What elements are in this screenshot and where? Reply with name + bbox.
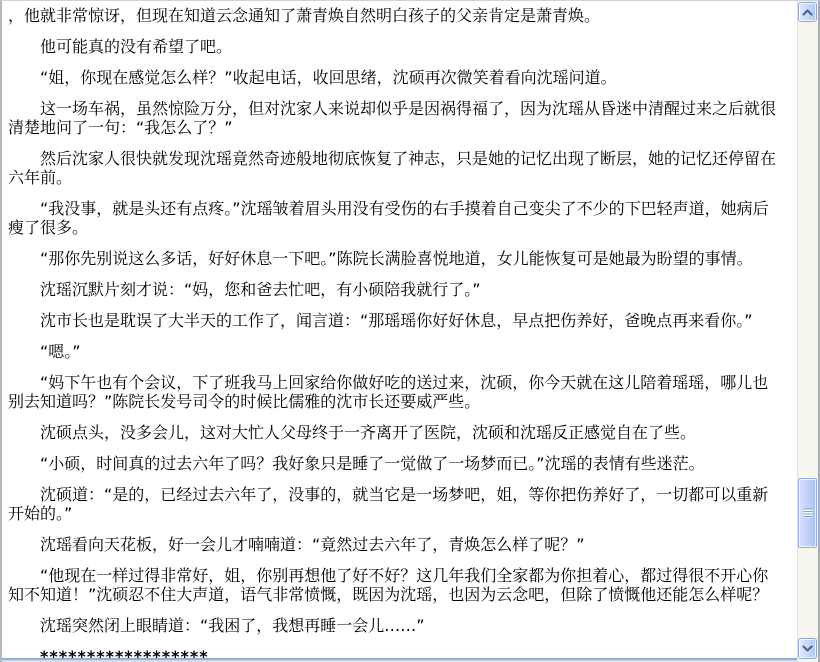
paragraph: 他可能真的没有希望了吧。 <box>8 37 776 56</box>
paragraph: “那你先别说这么多话，好好休息一下吧。”陈院长满脸喜悦地道，女儿能恢复可是她最为… <box>8 249 776 268</box>
paragraph: 然后沈家人很快就发现沈瑶竟然奇迹般地彻底恢复了神志，只是她的记忆出现了断层，她的… <box>8 149 776 187</box>
paragraph: “姐，你现在感觉怎么样？”收起电话，收回思绪，沈硕再次微笑着看向沈瑶问道。 <box>8 68 776 87</box>
paragraph: “嗯。” <box>8 342 776 361</box>
novel-text: ，他就非常惊讶，但现在知道云念通知了萧青焕自然明白孩子的父亲肯定是萧青焕。他可能… <box>8 6 776 662</box>
scroll-up-button[interactable] <box>798 2 817 22</box>
paragraph: 这一场车祸，虽然惊险万分，但对沈家人来说却似乎是因祸得福了，因为沈瑶从昏迷中清醒… <box>8 99 776 137</box>
scroll-down-button[interactable] <box>798 638 817 659</box>
paragraph: 沈硕道：“是的，已经过去六年了，没事的，就当它是一场梦吧，姐，等你把伤养好了，一… <box>8 485 776 523</box>
paragraph: 沈瑶突然闭上眼睛道：“我困了，我想再睡一会儿……” <box>8 616 776 635</box>
window-bottom-edge <box>2 658 818 662</box>
paragraph: “我没事，就是头还有点疼。”沈瑶皱着眉头用没有受伤的右手摸着自己变尖了不少的下巴… <box>8 199 776 237</box>
paragraph: ，他就非常惊讶，但现在知道云念通知了萧青焕自然明白孩子的父亲肯定是萧青焕。 <box>8 6 776 25</box>
paragraph: “小硕，时间真的过去六年了吗？我好象只是睡了一觉做了一场梦而已。”沈瑶的表情有些… <box>8 454 776 473</box>
chevron-up-icon <box>802 9 813 16</box>
paragraph: 沈瑶沉默片刻才说：“妈，您和爸去忙吧，有小硕陪我就行了。” <box>8 280 776 299</box>
paragraph: “他现在一样过得非常好，姐，你别再想他了好不好？这几年我们全家都为你担着心，都过… <box>8 566 776 604</box>
scrollbar-thumb[interactable] <box>798 478 817 548</box>
paragraph: 沈瑶看向天花板，好一会儿才喃喃道：“竟然过去六年了，青焕怎么样了呢？” <box>8 535 776 554</box>
vertical-scrollbar[interactable] <box>797 1 818 662</box>
novel-reader-page: ，他就非常惊讶，但现在知道云念通知了萧青焕自然明白孩子的父亲肯定是萧青焕。他可能… <box>0 0 820 662</box>
chevron-down-icon <box>802 645 813 652</box>
paragraph: “妈下午也有个会议，下了班我马上回家给你做好吃的送过来，沈硕，你今天就在这儿陪着… <box>8 373 776 411</box>
scrollbar-grip-icon <box>803 509 812 518</box>
paragraph: 沈市长也是耽误了大半天的工作了，闻言道：“那瑶瑶你好好休息，早点把伤养好，爸晚点… <box>8 311 776 330</box>
paragraph: 沈硕点头，没多会儿，这对大忙人父母终于一齐离开了医院，沈硕和沈瑶反正感觉自在了些… <box>8 423 776 442</box>
scrollbar-track[interactable] <box>797 22 818 638</box>
